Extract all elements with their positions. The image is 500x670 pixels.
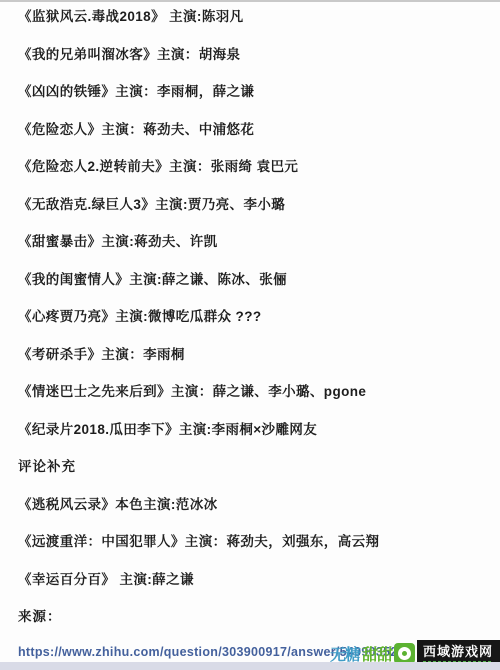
- movie-line: 《凶凶的铁锤》主演：李雨桐，薛之谦: [18, 81, 494, 103]
- movie-line: 《我的闺蜜情人》主演:薛之谦、陈冰、张俪: [18, 269, 494, 291]
- movie-line: 《逃税风云录》本色主演:范冰冰: [18, 494, 494, 516]
- movie-line: 《甜蜜暴击》主演:蒋劲夫、许凯: [18, 231, 494, 253]
- section-heading: 评论补充: [18, 456, 494, 478]
- movie-line: 《无敌浩克.绿巨人3》主演:贾乃亮、李小璐: [18, 194, 494, 216]
- movie-line: 《危险恋人2.逆转前夫》主演：张雨绮 袁巴元: [18, 156, 494, 178]
- movie-line: 《远渡重洋：中国犯罪人》主演：蒋劲夫，刘强东，高云翔: [18, 531, 494, 553]
- footer: https://www.zhihu.com/question/303900917…: [0, 630, 500, 670]
- movie-line: 《心疼贾乃亮》主演:微博吃瓜群众 ???: [18, 306, 494, 328]
- movie-line: 《考研杀手》主演：李雨桐: [18, 344, 494, 366]
- movie-line: 《我的兄弟叫溜冰客》主演：胡海泉: [18, 44, 494, 66]
- movie-line: 《危险恋人》主演：蒋劲夫、中浦悠花: [18, 119, 494, 141]
- movie-line: 《幸运百分百》 主演:薛之谦: [18, 569, 494, 591]
- page: 《监狱风云.毒战2018》 主演:陈羽凡 《我的兄弟叫溜冰客》主演：胡海泉 《凶…: [0, 0, 500, 670]
- top-border-line: [0, 0, 500, 2]
- watermark-site-name: 西域游戏网: [423, 644, 493, 659]
- bottom-strip: [0, 662, 500, 670]
- movie-line: 《监狱风云.毒战2018》 主演:陈羽凡: [18, 6, 494, 28]
- movie-line: 《情迷巴士之先来后到》主演：薛之谦、李小璐、pgone: [18, 381, 494, 403]
- movie-line: 《纪录片2018.瓜田李下》主演:李雨桐×沙雕网友: [18, 419, 494, 441]
- movie-list: 《监狱风云.毒战2018》 主演:陈羽凡 《我的兄弟叫溜冰客》主演：胡海泉 《凶…: [18, 6, 494, 644]
- donut-icon: [394, 643, 415, 664]
- source-label: 来源：: [18, 606, 494, 628]
